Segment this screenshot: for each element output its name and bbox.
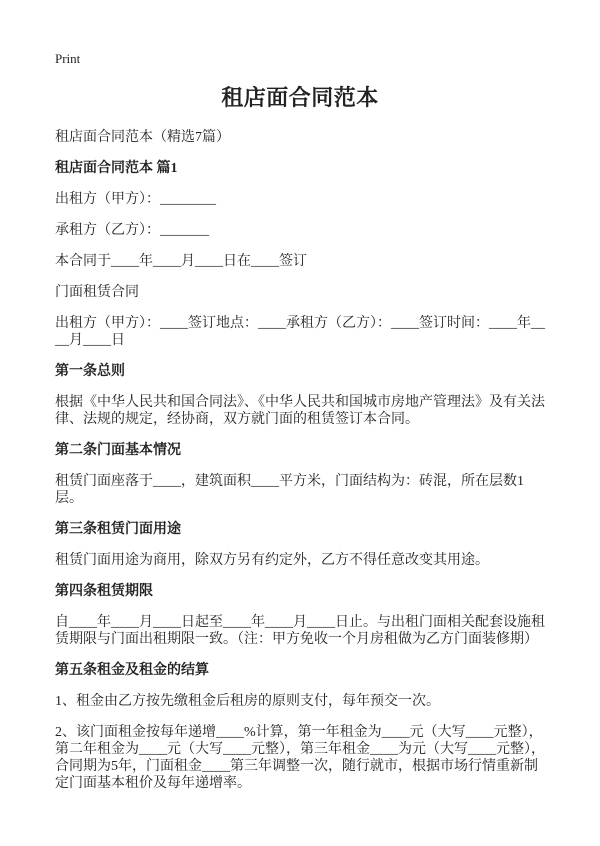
section-heading: 第二条门面基本情况 <box>55 442 545 459</box>
paragraph: 1、租金由乙方按先缴租金后租房的原则支付，每年预交一次。 <box>55 693 545 710</box>
paragraph: 门面租赁合同 <box>55 284 545 301</box>
paragraph: 本合同于____年____月____日在____签订 <box>55 253 545 270</box>
paragraph: 出租方（甲方）：________ <box>55 191 545 208</box>
section-heading: 第三条租赁门面用途 <box>55 521 545 538</box>
paragraph: 2、该门面租金按每年递增____%计算，第一年租金为____元（大写____元整… <box>55 724 545 792</box>
print-link[interactable]: Print <box>55 52 80 65</box>
document-page: Print 租店面合同范本 租店面合同范本（精选7篇） 租店面合同范本 篇1 出… <box>0 0 600 846</box>
section-heading: 第四条租赁期限 <box>55 583 545 600</box>
paragraph: 出租方（甲方）：____签订地点：____承租方（乙方）：____签订时间：__… <box>55 315 545 349</box>
paragraph: 承租方（乙方）：_______ <box>55 222 545 239</box>
section-heading: 租店面合同范本 篇1 <box>55 160 545 177</box>
section-heading: 第五条租金及租金的结算 <box>55 662 545 679</box>
paragraph: 租赁门面用途为商用，除双方另有约定外，乙方不得任意改变其用途。 <box>55 552 545 569</box>
paragraph: 自____年____月____日起至____年____月____日止。与出租门面… <box>55 614 545 648</box>
doc-subtitle: 租店面合同范本（精选7篇） <box>55 129 545 146</box>
page-title: 租店面合同范本 <box>55 86 545 110</box>
section-heading: 第一条总则 <box>55 363 545 380</box>
paragraph: 根据《中华人民共和国合同法》、《中华人民共和国城市房地产管理法》及有关法律、法规… <box>55 394 545 428</box>
paragraph: 租赁门面座落于____，建筑面积____平方米，门面结构为：砖混，所在层数1层。 <box>55 473 545 507</box>
